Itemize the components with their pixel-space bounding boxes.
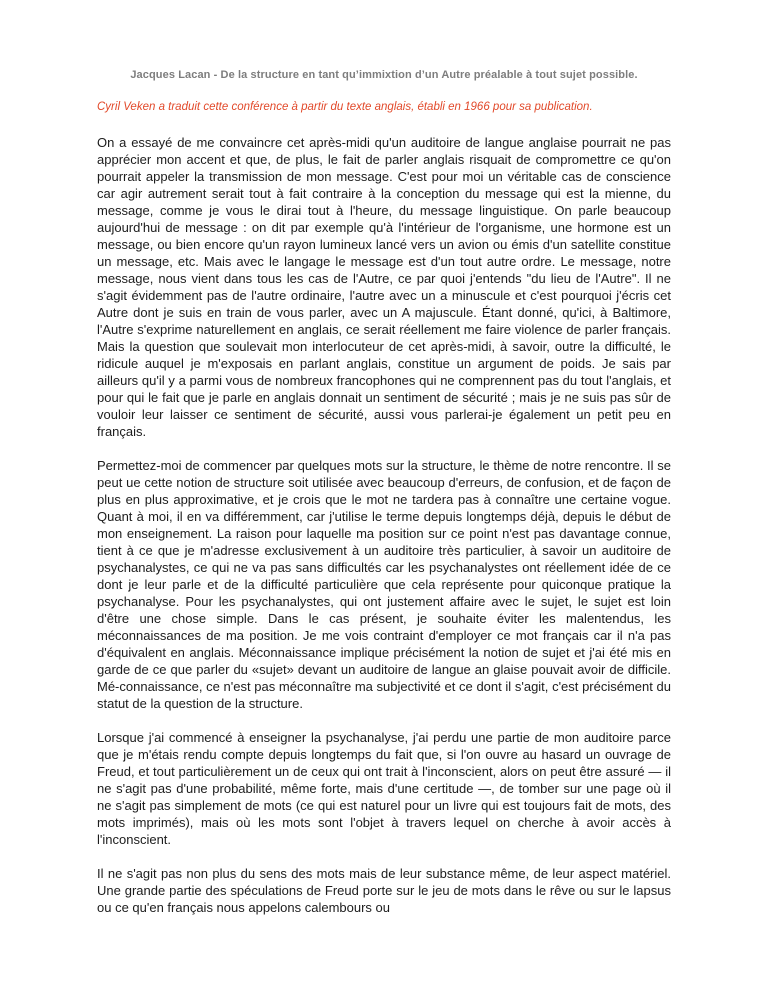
document-title: Jacques Lacan - De la structure en tant …	[97, 69, 671, 82]
document-content: Jacques Lacan - De la structure en tant …	[97, 0, 671, 916]
translator-note: Cyril Veken a traduit cette conférence à…	[97, 101, 671, 114]
body-paragraph-1: On a essayé de me convaincre cet après-m…	[97, 134, 671, 440]
document-page: Jacques Lacan - De la structure en tant …	[0, 0, 768, 994]
body-paragraph-3: Lorsque j'ai commencé à enseigner la psy…	[97, 729, 671, 848]
body-paragraph-2: Permettez-moi de commencer par quelques …	[97, 457, 671, 712]
body-paragraph-4: Il ne s'agit pas non plus du sens des mo…	[97, 865, 671, 916]
